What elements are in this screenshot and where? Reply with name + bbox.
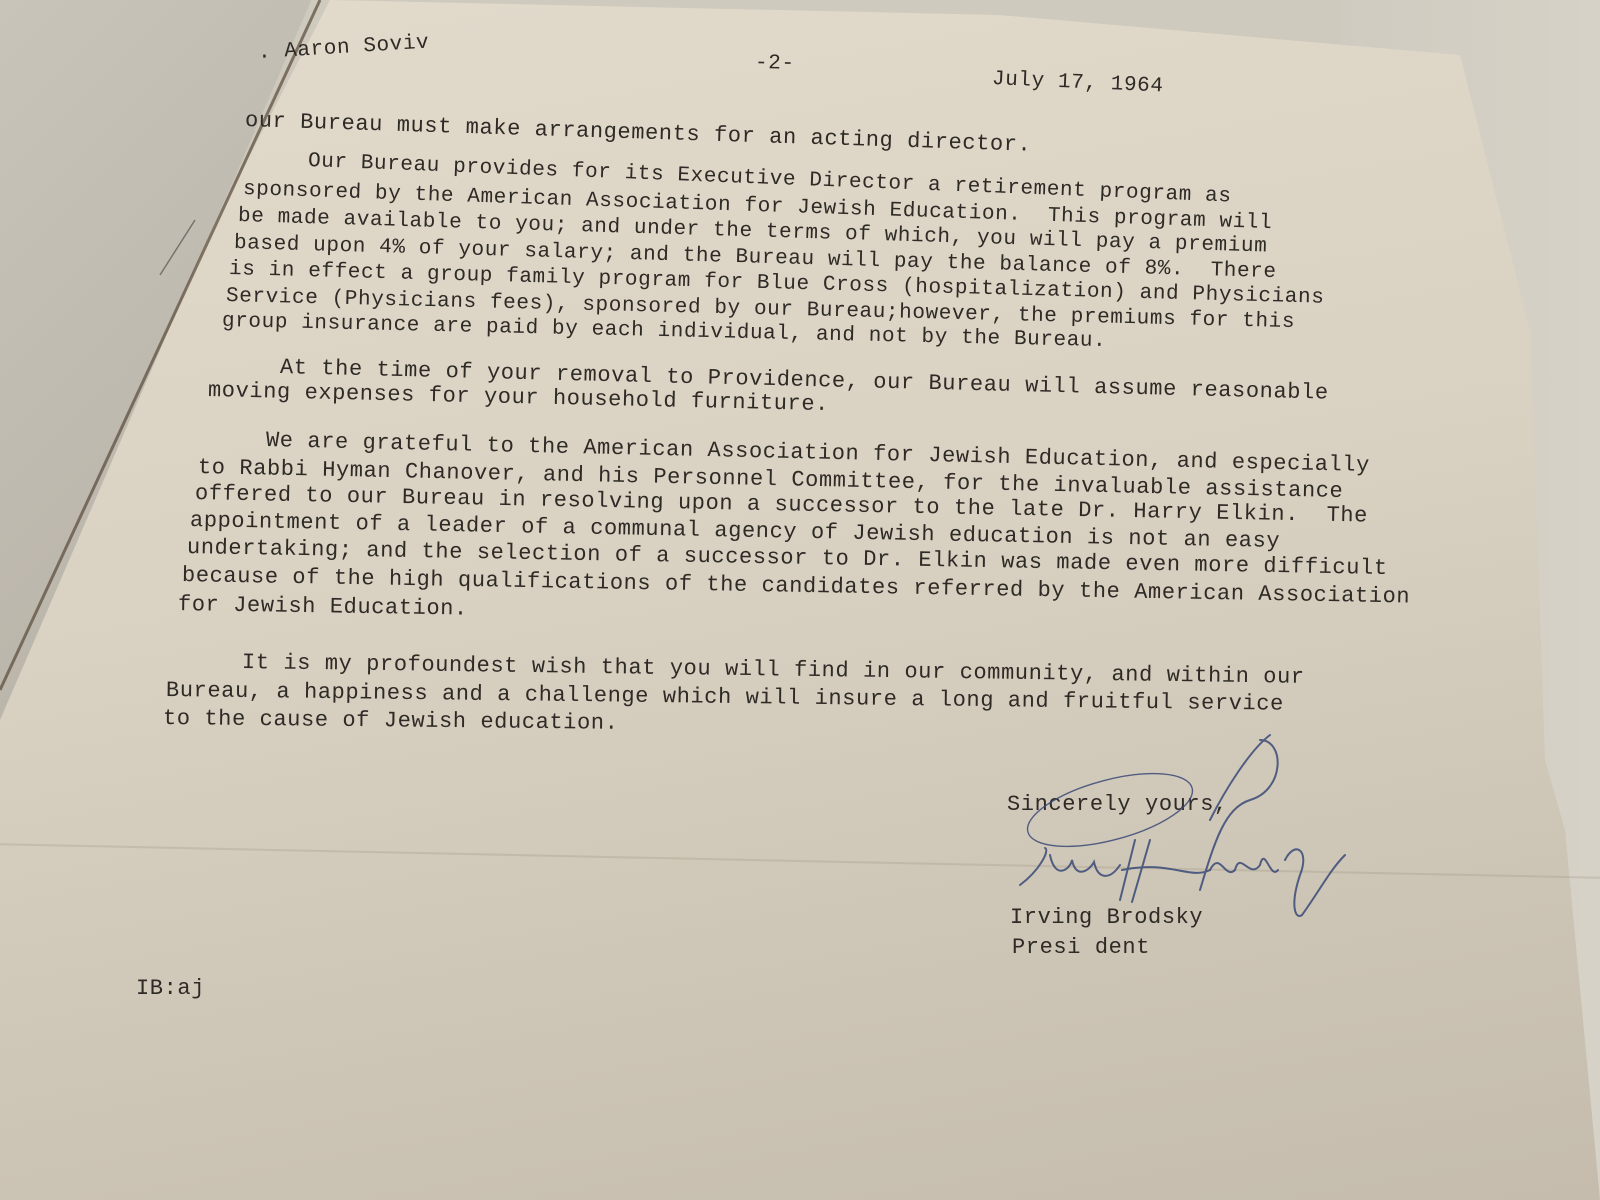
page-number: -2- (755, 52, 795, 76)
recipient-name: . Aaron Soviv (257, 32, 430, 65)
signer-title: Presi dent (1012, 935, 1150, 960)
opening-line: our Bureau must make arrangements for an… (245, 108, 1032, 158)
letter-date: July 17, 1964 (991, 68, 1163, 98)
reference-initials: IB:aj (136, 976, 205, 1001)
signer-name: Irving Brodsky (1010, 905, 1203, 930)
letter-text: . Aaron Soviv -2- July 17, 1964 our Bure… (0, 0, 1600, 1200)
paragraph-line: to the cause of Jewish education. (163, 706, 619, 736)
paragraph-line: for Jewish Education. (178, 592, 468, 622)
photo-scene: . Aaron Soviv -2- July 17, 1964 our Bure… (0, 0, 1600, 1200)
salutation: Sincerely yours, (1007, 792, 1228, 817)
